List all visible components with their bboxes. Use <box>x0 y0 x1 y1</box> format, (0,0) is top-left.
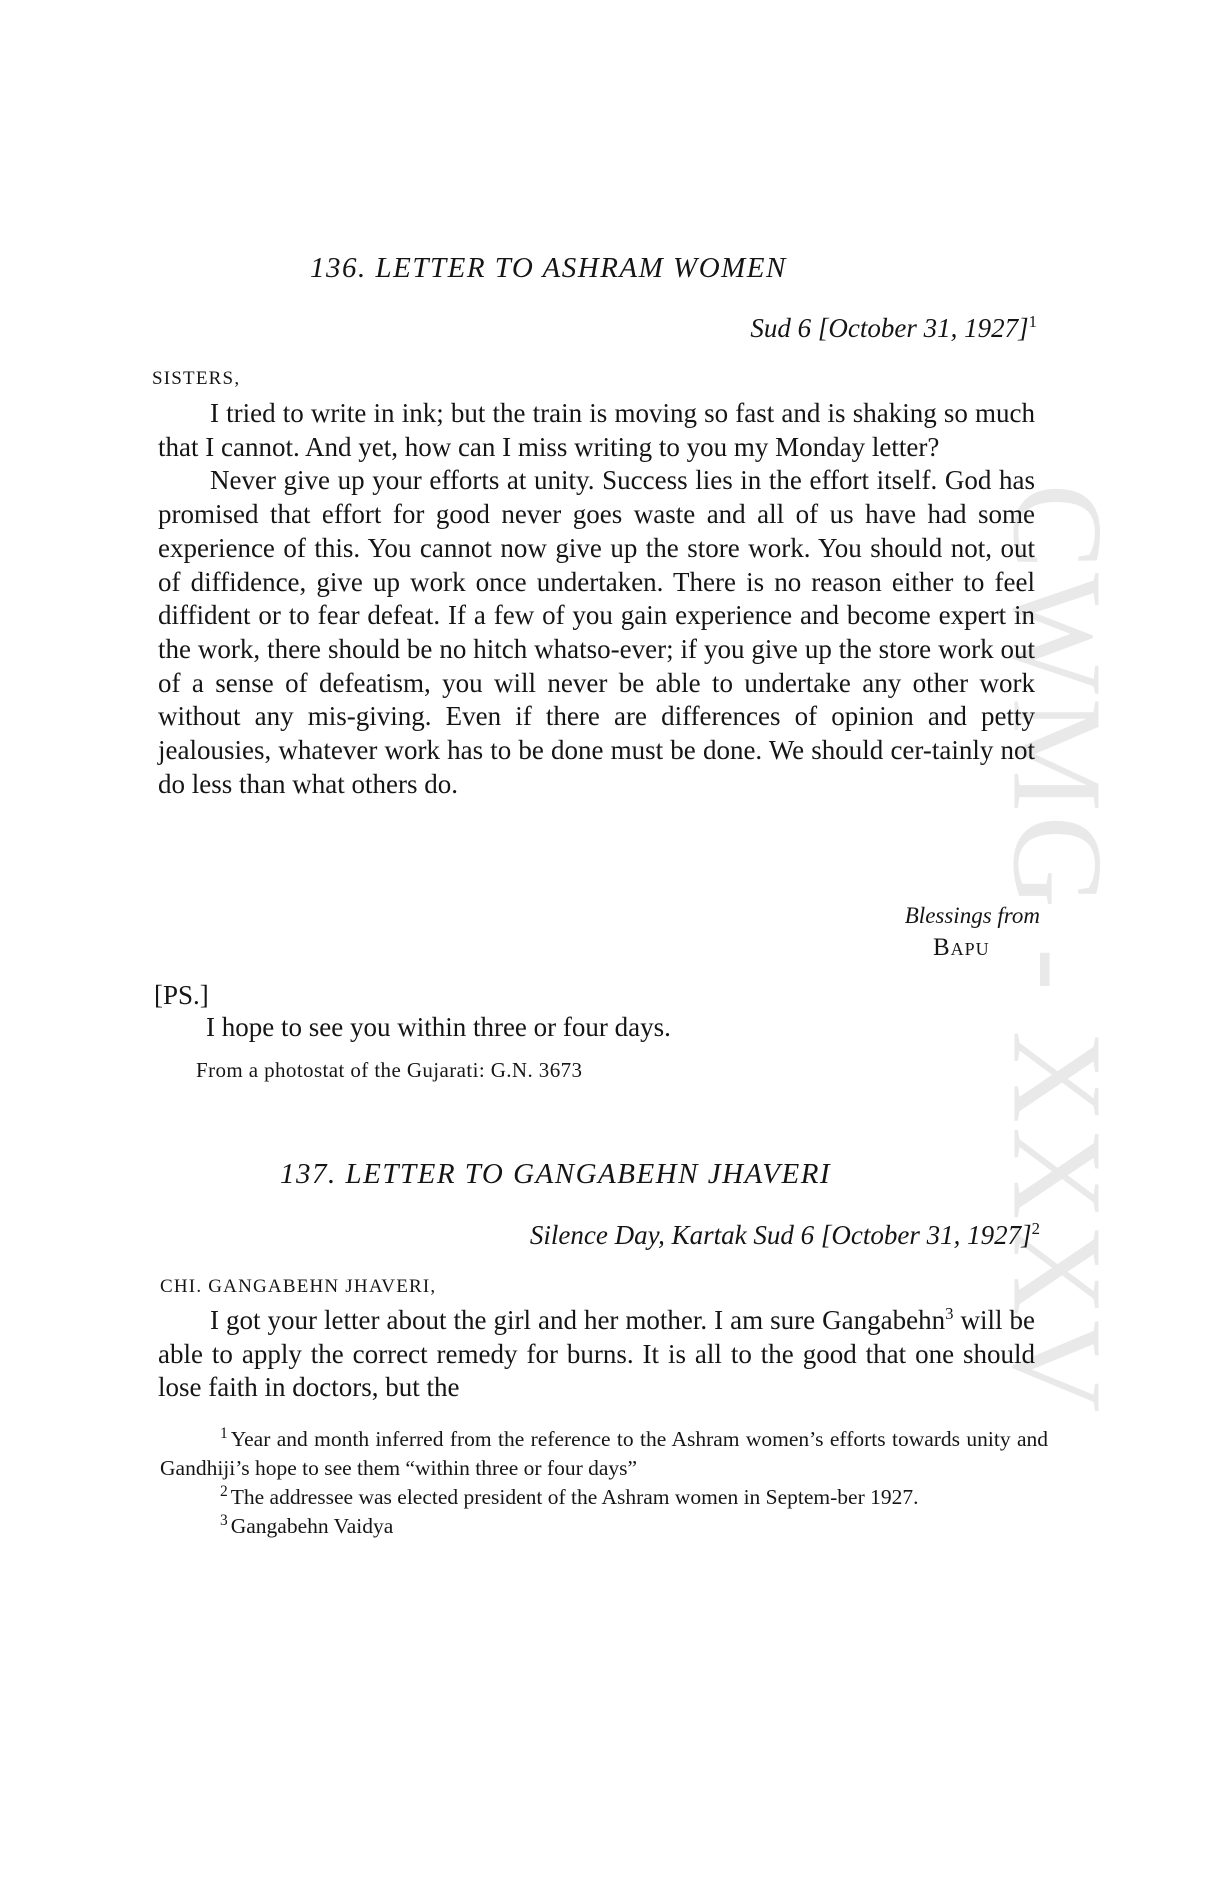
footnote-3-text: Gangabehn Vaidya <box>231 1514 394 1538</box>
footnote-ref-1[interactable]: 1 <box>1029 312 1037 331</box>
letter-137-date: Silence Day, Kartak Sud 6 [October 31, 1… <box>530 1220 1040 1251</box>
footnotes: 1Year and month inferred from the refere… <box>160 1425 1048 1541</box>
letter-137-title: 137. LETTER TO GANGABEHN JHAVERI <box>280 1158 831 1191</box>
footnote-1: 1Year and month inferred from the refere… <box>160 1425 1048 1483</box>
letter-137-text-a: I got your letter about the girl and her… <box>210 1305 945 1335</box>
letter-136-paragraph-2: Never give up your efforts at unity. Suc… <box>158 464 1035 801</box>
footnote-2-marker: 2 <box>220 1483 228 1500</box>
letter-136-ps-label: [PS.] <box>154 980 209 1011</box>
letter-136-title: 136. LETTER TO ASHRAM WOMEN <box>310 252 787 285</box>
letter-136-paragraph-1: I tried to write in ink; but the train i… <box>158 397 1035 464</box>
letter-137-paragraph-1: I got your letter about the girl and her… <box>158 1304 1035 1405</box>
letter-136-date: Sud 6 [October 31, 1927]1 <box>750 313 1037 344</box>
footnote-2-text: The addressee was elected president of t… <box>231 1485 919 1509</box>
letter-137-date-text: Silence Day, Kartak Sud 6 [October 31, 1… <box>530 1220 1032 1250</box>
footnote-1-text: Year and month inferred from the referen… <box>160 1427 1048 1480</box>
footnote-3: 3Gangabehn Vaidya <box>160 1512 1048 1541</box>
letter-136-body: I tried to write in ink; but the train i… <box>158 397 1035 801</box>
footnote-ref-2[interactable]: 2 <box>1032 1219 1040 1238</box>
letter-136-salutation: Sisters, <box>152 368 240 390</box>
footnote-1-marker: 1 <box>220 1425 228 1442</box>
letter-136-ps-text: I hope to see you within three or four d… <box>206 1012 671 1043</box>
footnote-3-marker: 3 <box>220 1512 228 1529</box>
footnote-2: 2The addressee was elected president of … <box>160 1483 1048 1512</box>
letter-136-signature: Bapu <box>933 934 990 962</box>
letter-137-salutation: Chi. Gangabehn Jhaveri, <box>160 1276 436 1298</box>
letter-136-date-text: Sud 6 [October 31, 1927] <box>750 313 1028 343</box>
letter-136-source: From a photostat of the Gujarati: G.N. 3… <box>196 1058 582 1083</box>
letter-136-signoff: Blessings from <box>905 903 1040 929</box>
letter-137-body: I got your letter about the girl and her… <box>158 1304 1035 1405</box>
